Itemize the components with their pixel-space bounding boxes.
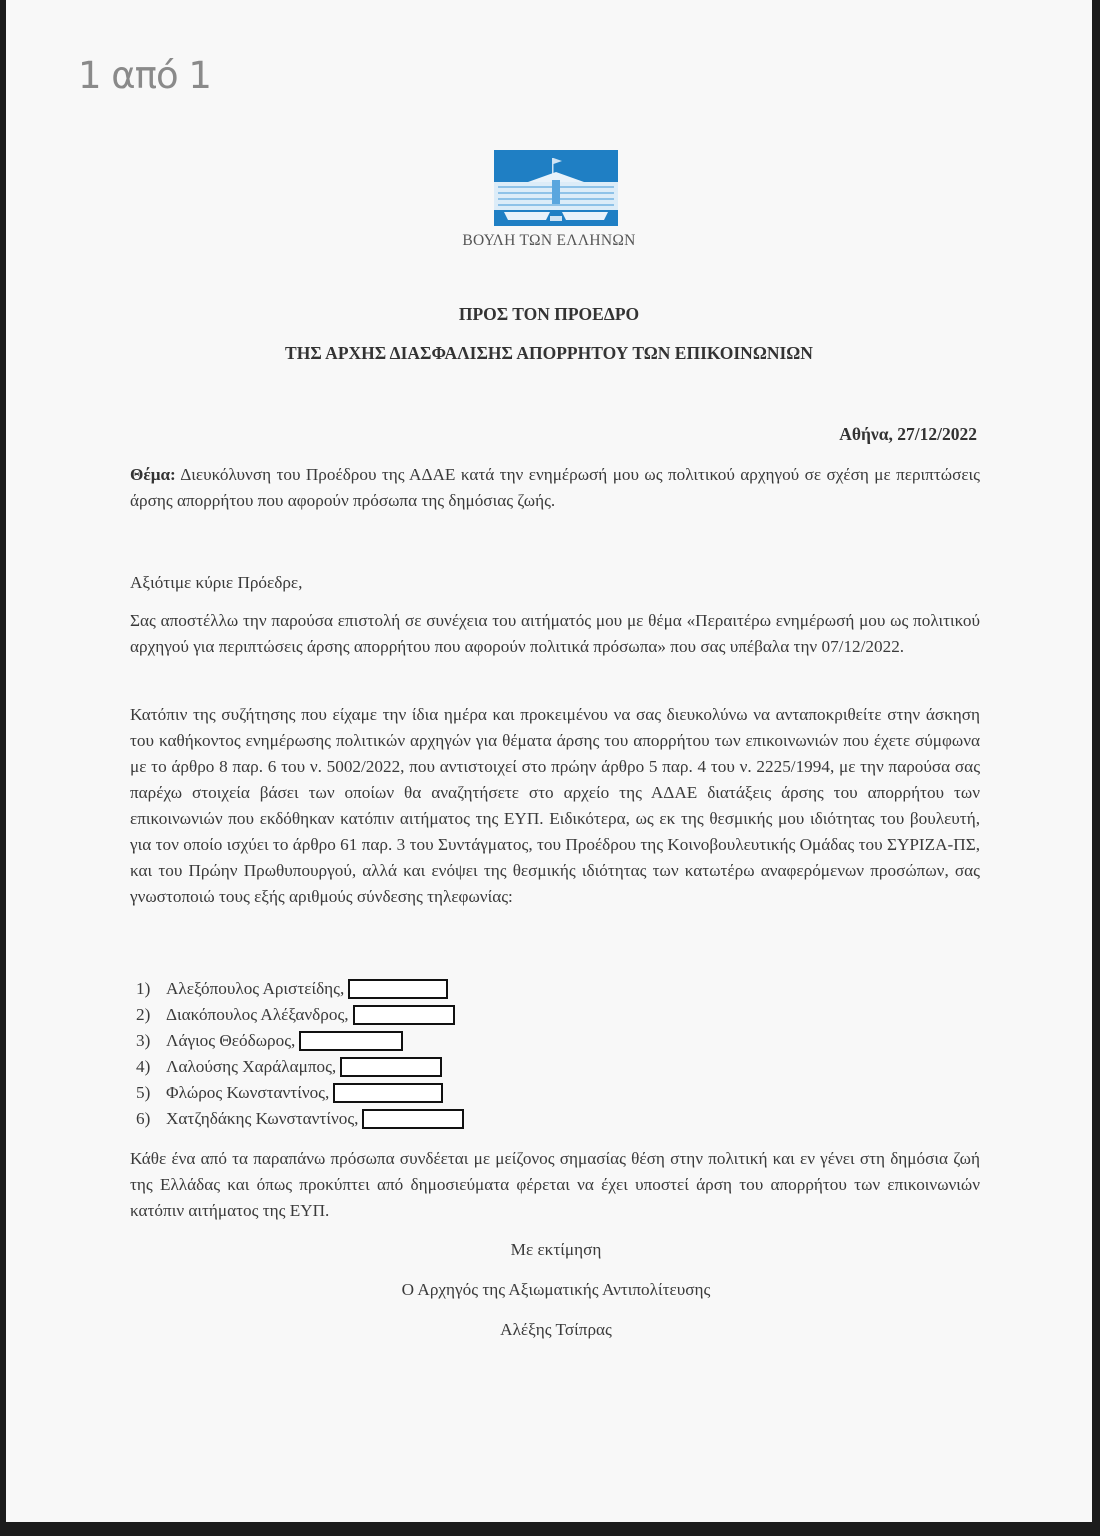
- redacted-phone: [299, 1031, 403, 1051]
- person-name: Διακόπουλος Αλέξανδρος,: [166, 1002, 349, 1028]
- signatory-title: Ο Αρχηγός της Αξιωματικής Αντιπολίτευσης: [6, 1280, 1100, 1300]
- redacted-phone: [353, 1005, 455, 1025]
- person-name: Λαλούσης Χαράλαμπος,: [166, 1054, 336, 1080]
- redacted-phone: [340, 1057, 442, 1077]
- redacted-phone: [362, 1109, 464, 1129]
- subject-label: Θέμα:: [130, 465, 176, 484]
- redacted-phone: [333, 1083, 443, 1103]
- list-item: 2)Διακόπουλος Αλέξανδρος,: [136, 1002, 464, 1028]
- person-name: Φλώρος Κωνσταντίνος,: [166, 1080, 329, 1106]
- paragraph-legal-basis: Κατόπιν της συζήτησης που είχαμε την ίδι…: [130, 702, 980, 910]
- list-item: 4)Λαλούσης Χαράλαμπος,: [136, 1054, 464, 1080]
- addressee-line-2: ΤΗΣ ΑΡΧΗΣ ΔΙΑΣΦΑΛΙΣΗΣ ΑΠΟΡΡΗΤΟΥ ΤΩΝ ΕΠΙΚ…: [6, 343, 1092, 364]
- addressee-line-1: ΠΡΟΣ ΤΟΝ ΠΡΟΕΔΡΟ: [6, 304, 1092, 325]
- list-item: 5)Φλώρος Κωνσταντίνος,: [136, 1080, 464, 1106]
- salutation: Αξιότιμε κύριε Πρόεδρε,: [130, 570, 980, 596]
- paragraph-conclusion: Κάθε ένα από τα παραπάνω πρόσωπα συνδέετ…: [130, 1146, 980, 1224]
- page-counter: 1 από 1: [78, 54, 211, 97]
- letterhead-caption: ΒΟΥΛΗ ΤΩΝ ΕΛΛΗΝΩΝ: [6, 232, 1092, 250]
- parliament-logo-icon: [494, 150, 618, 226]
- letter-date: Αθήνα, 27/12/2022: [839, 424, 977, 445]
- subject-line: Θέμα: Διευκόλυνση του Προέδρου της ΑΔΑΕ …: [130, 462, 980, 514]
- paragraph-intro: Σας αποστέλλω την παρούσα επιστολή σε συ…: [130, 608, 980, 660]
- subject-text: Διευκόλυνση του Προέδρου της ΑΔΑΕ κατά τ…: [130, 465, 980, 510]
- document-page: 1 από 1 ΒΟΥΛΗ ΤΩΝ ΕΛΛΗΝΩΝ ΠΡΟΣ ΤΟΝ ΠΡΟΕΔ…: [6, 0, 1092, 1522]
- person-name: Λάγιος Θεόδωρος,: [166, 1028, 295, 1054]
- list-item: 6)Χατζηδάκης Κωνσταντίνος,: [136, 1106, 464, 1132]
- list-item: 1)Αλεξόπουλος Αριστείδης,: [136, 976, 464, 1002]
- signatory-name: Αλέξης Τσίπρας: [6, 1320, 1100, 1340]
- redacted-phone: [348, 979, 448, 999]
- list-item: 3)Λάγιος Θεόδωρος,: [136, 1028, 464, 1054]
- person-name: Αλεξόπουλος Αριστείδης,: [166, 976, 344, 1002]
- closing-regards: Με εκτίμηση: [6, 1240, 1100, 1260]
- person-name: Χατζηδάκης Κωνσταντίνος,: [166, 1106, 358, 1132]
- persons-list: 1)Αλεξόπουλος Αριστείδης, 2)Διακόπουλος …: [136, 976, 464, 1132]
